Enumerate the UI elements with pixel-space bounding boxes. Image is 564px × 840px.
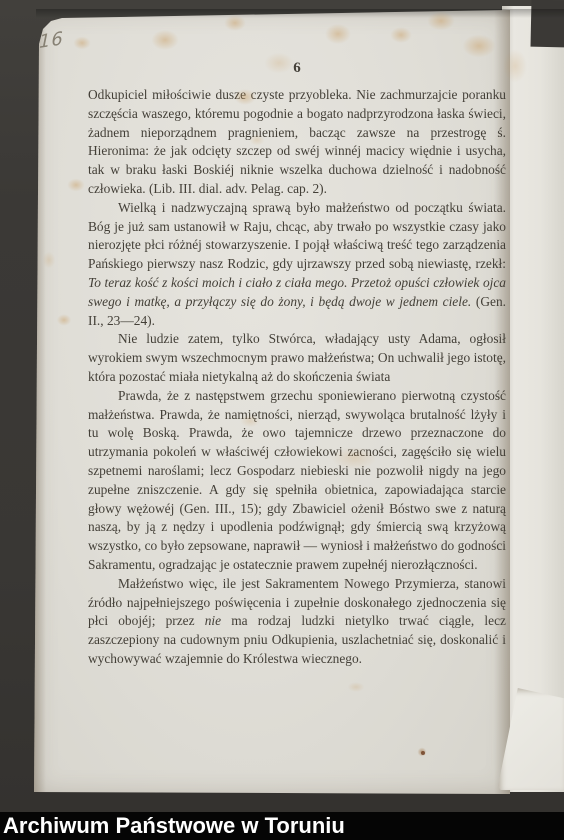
text-segment: Wielką i nadzwyczajną sprawą było małżeń… bbox=[88, 200, 506, 271]
text-segment: Prawda, że z następstwem grzechu sponiew… bbox=[88, 388, 506, 572]
paragraph: Wielką i nadzwyczajną sprawą było małżeń… bbox=[88, 199, 506, 331]
italic-text-segment: nie bbox=[205, 613, 221, 628]
paragraph: Odkupiciel miłościwie dusze czyste przyo… bbox=[88, 86, 506, 199]
text-segment: Odkupiciel miłościwie dusze czyste przyo… bbox=[88, 87, 506, 196]
adjacent-page-edge bbox=[502, 6, 564, 792]
ink-speck bbox=[421, 751, 425, 755]
handwritten-folio-number: 16 bbox=[39, 28, 64, 53]
printed-page-number: 6 bbox=[267, 60, 327, 77]
paragraph: Nie ludzie zatem, tylko Stwórca, władają… bbox=[88, 330, 506, 386]
paragraph: Prawda, że z następstwem grzechu sponiew… bbox=[88, 387, 506, 575]
italic-text-segment: To teraz kość z kości moich i ciało z ci… bbox=[88, 275, 506, 309]
archive-scan-viewer: 16 6 Odkupiciel miłościwie dusze czyste … bbox=[0, 0, 564, 840]
backdrop-notch bbox=[531, 0, 564, 47]
paragraph: Małżeństwo więc, ile jest Sakramentem No… bbox=[88, 575, 506, 669]
text-segment: Nie ludzie zatem, tylko Stwórca, władają… bbox=[88, 331, 506, 384]
archive-footer-label: Archiwum Państwowe w Toruniu bbox=[0, 815, 345, 837]
scan-area: 16 6 Odkupiciel miłościwie dusze czyste … bbox=[0, 0, 564, 812]
archive-footer: Archiwum Państwowe w Toruniu bbox=[0, 812, 564, 840]
page-text: Odkupiciel miłościwie dusze czyste przyo… bbox=[88, 86, 506, 669]
page-top-shadow bbox=[36, 9, 564, 18]
book-page: 16 6 Odkupiciel miłościwie dusze czyste … bbox=[34, 10, 510, 794]
